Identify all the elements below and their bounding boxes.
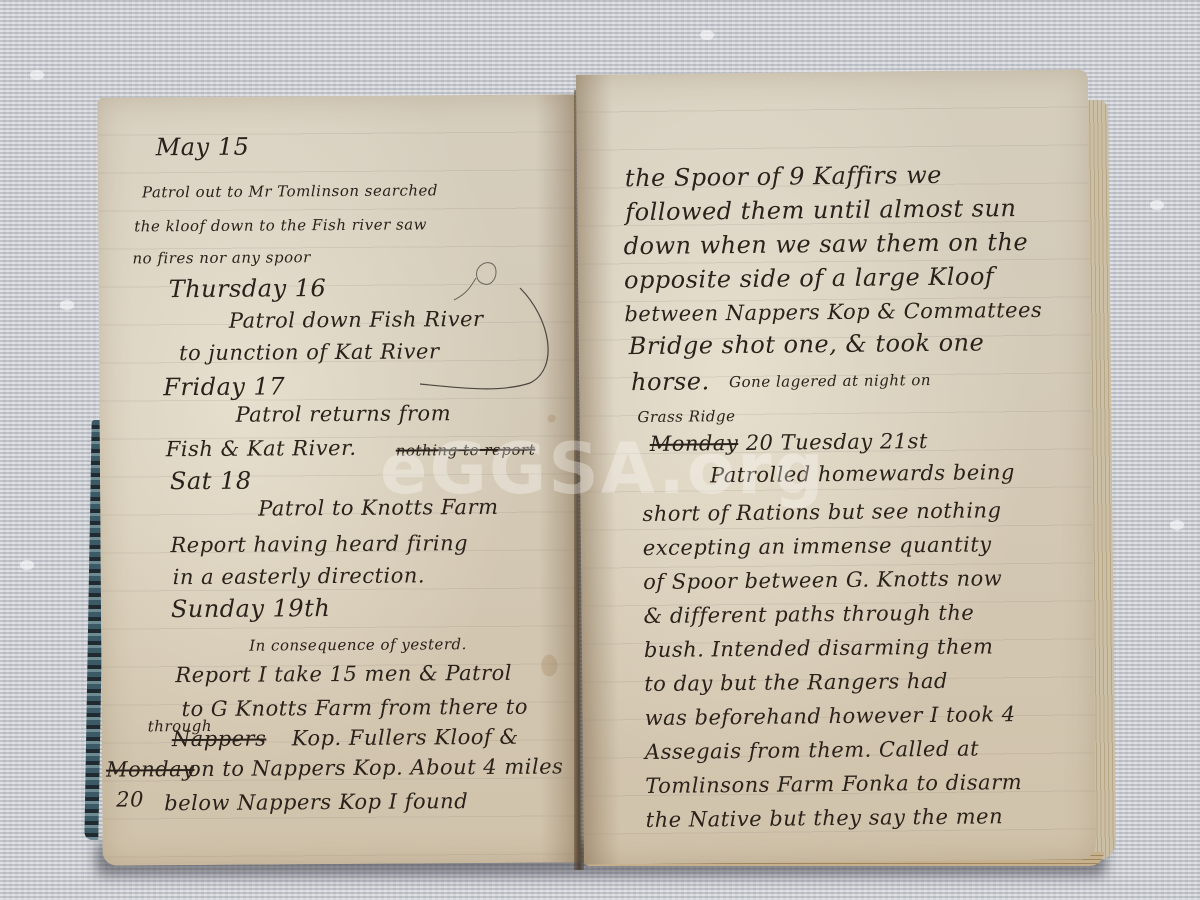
watermark: eGGSA.org [380,428,826,510]
text-line: bush. Intended disarming them [644,634,994,662]
text-line: Report having heard firing [170,531,468,557]
cloth-texture-spot [60,300,74,310]
ink-stain [541,654,557,676]
text-line: horse. [631,367,710,396]
text-line: excepting an immense quantity [643,532,992,560]
text-line: Tomlinsons Farm Fonka to disarm [645,770,1022,798]
text-line: Fish & Kat River. [166,436,357,461]
text-line: the Native but they say the men [646,804,1004,832]
text-line: the kloof down to the Fish river saw [134,215,427,235]
cloth-texture-spot [20,560,34,570]
text-line: Patrol returns from [235,401,451,427]
text-line: on to Nappers Kop. About 4 miles [188,754,564,781]
text-line: Assegais from them. Called at [645,737,979,764]
text-line: Kop. Fullers Kloof & [292,725,519,751]
text-line: Patrol out to Mr Tomlinson searched [142,181,438,201]
entry-date-friday-17: Friday 17 [163,372,285,401]
text-line: between Nappers Kop & Commattees [624,298,1042,326]
text-line: opposite side of a large Kloof [624,262,994,294]
text-line: Grass Ridge [637,407,735,426]
cloth-texture-spot [700,30,714,40]
margin-note-date: 20 [116,787,144,811]
text-line: Gone lagered at night on [729,371,931,391]
text-line: Report I take 15 men & Patrol [175,661,512,687]
ink-stain [548,414,556,422]
text-line: down when we saw them on the [624,228,1029,260]
text-line: to G Knotts Farm from there to [182,695,529,721]
text-line: in a easterly direction. [173,563,426,589]
entry-date-may-15: May 15 [156,133,250,162]
pencil-sketch-icon [400,258,560,398]
text-line: below Nappers Kop I found [164,789,468,815]
text-line: to day but the Rangers had [644,669,948,696]
margin-note-struck: Monday [106,757,195,782]
text-line: & different paths through the [643,601,974,628]
cloth-texture-spot [1170,520,1184,530]
text-line: followed them until almost sun [625,194,1016,226]
text-line: was beforehand however I took 4 [644,702,1015,730]
struck-text: Nappers [172,727,267,752]
text-line: no fires nor any spoor [132,248,310,267]
text-line: of Spoor between G. Knotts now [643,566,1002,594]
text-line: In consequence of yesterd. [249,635,467,655]
text-line: the Spoor of 9 Kaffirs we [625,161,942,192]
text-line: Bridge shot one, & took one [629,328,985,360]
cloth-texture-spot [1150,200,1164,210]
cloth-texture-spot [30,70,44,80]
entry-date-thursday-16: Thursday 16 [169,274,327,303]
entry-date-sat-18: Sat 18 [170,467,252,496]
entry-date-sunday-19: Sunday 19th [171,594,331,623]
